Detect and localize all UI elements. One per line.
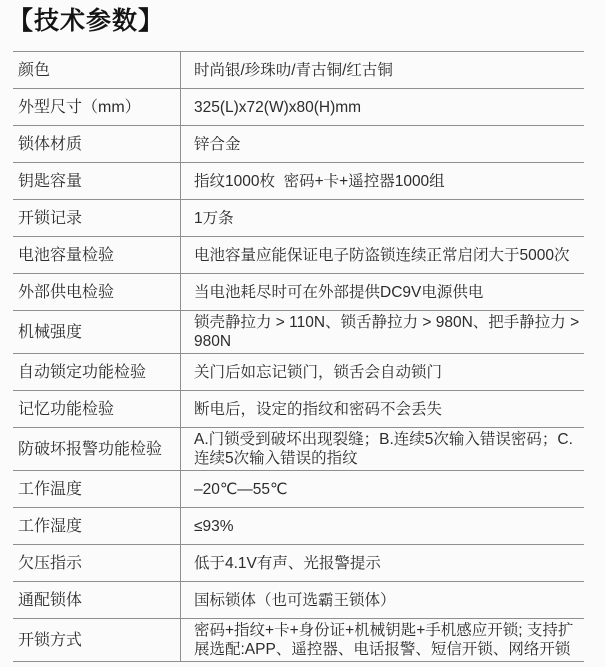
- param-value: 325(L)x72(W)x80(H)mm: [181, 89, 584, 125]
- param-value: A.门锁受到破坏出现裂缝；B.连续5次输入错误密码；C.连续5次输入错误的指纹: [181, 428, 584, 470]
- param-label: 钥匙容量: [13, 163, 181, 199]
- param-label: 通配锁体: [13, 582, 181, 618]
- param-label: 开锁方式: [13, 619, 181, 661]
- param-value: 关门后如忘记锁门，锁舌会自动锁门: [181, 354, 584, 390]
- param-value: 国标锁体（也可选霸王锁体）: [181, 582, 584, 618]
- param-value: 当电池耗尽时可在外部提供DC9V电源供电: [181, 274, 584, 310]
- page-title: 【技术参数】: [8, 5, 164, 37]
- table-row: 颜色 时尚银/珍珠叻/青古铜/红古铜: [13, 51, 584, 88]
- param-value: 低于4.1V有声、光报警提示: [181, 545, 584, 581]
- param-label: 工作湿度: [13, 508, 181, 544]
- table-row: 外型尺寸（mm） 325(L)x72(W)x80(H)mm: [13, 88, 584, 125]
- param-value: 时尚银/珍珠叻/青古铜/红古铜: [181, 52, 584, 88]
- table-row: 工作温度 –20℃—55℃: [13, 470, 584, 507]
- param-label: 欠压指示: [13, 545, 181, 581]
- param-value: 锁壳静拉力 > 110N、锁舌静拉力 > 980N、把手静拉力 > 980N: [181, 311, 584, 353]
- param-value: ≤93%: [181, 508, 584, 544]
- param-label: 自动锁定功能检验: [13, 354, 181, 390]
- table-row: 欠压指示 低于4.1V有声、光报警提示: [13, 544, 584, 581]
- param-label: 开锁记录: [13, 200, 181, 236]
- param-label: 锁体材质: [13, 126, 181, 162]
- param-label: 电池容量检验: [13, 237, 181, 273]
- table-row: 自动锁定功能检验 关门后如忘记锁门，锁舌会自动锁门: [13, 353, 584, 390]
- param-value: 密码+指纹+卡+身份证+机械钥匙+手机感应开锁; 支持扩展选配:APP、遥控器、…: [181, 619, 584, 661]
- table-row: 钥匙容量 指纹1000枚 密码+卡+遥控器1000组: [13, 162, 584, 199]
- table-row: 防破坏报警功能检验 A.门锁受到破坏出现裂缝；B.连续5次输入错误密码；C.连续…: [13, 427, 584, 470]
- param-label: 机械强度: [13, 311, 181, 353]
- table-row: 工作湿度 ≤93%: [13, 507, 584, 544]
- table-row: 通配锁体 国标锁体（也可选霸王锁体）: [13, 581, 584, 618]
- param-value: –20℃—55℃: [181, 471, 584, 507]
- table-row: 机械强度 锁壳静拉力 > 110N、锁舌静拉力 > 980N、把手静拉力 > 9…: [13, 310, 584, 353]
- table-row: 记忆功能检验 断电后，设定的指纹和密码不会丢失: [13, 390, 584, 427]
- spec-table: 颜色 时尚银/珍珠叻/青古铜/红古铜 外型尺寸（mm） 325(L)x72(W)…: [13, 51, 584, 662]
- param-label: 外型尺寸（mm）: [13, 89, 181, 125]
- param-label: 防破坏报警功能检验: [13, 428, 181, 470]
- param-value: 指纹1000枚 密码+卡+遥控器1000组: [181, 163, 584, 199]
- param-value: 断电后，设定的指纹和密码不会丢失: [181, 391, 584, 427]
- param-label: 颜色: [13, 52, 181, 88]
- table-row: 外部供电检验 当电池耗尽时可在外部提供DC9V电源供电: [13, 273, 584, 310]
- param-label: 外部供电检验: [13, 274, 181, 310]
- param-value: 1万条: [181, 200, 584, 236]
- table-row: 开锁记录 1万条: [13, 199, 584, 236]
- table-row: 开锁方式 密码+指纹+卡+身份证+机械钥匙+手机感应开锁; 支持扩展选配:APP…: [13, 618, 584, 661]
- table-row: 电池容量检验 电池容量应能保证电子防盗锁连续正常启闭大于5000次: [13, 236, 584, 273]
- param-label: 工作温度: [13, 471, 181, 507]
- table-row: 锁体材质 锌合金: [13, 125, 584, 162]
- param-label: 记忆功能检验: [13, 391, 181, 427]
- param-value: 锌合金: [181, 126, 584, 162]
- param-value: 电池容量应能保证电子防盗锁连续正常启闭大于5000次: [181, 237, 584, 273]
